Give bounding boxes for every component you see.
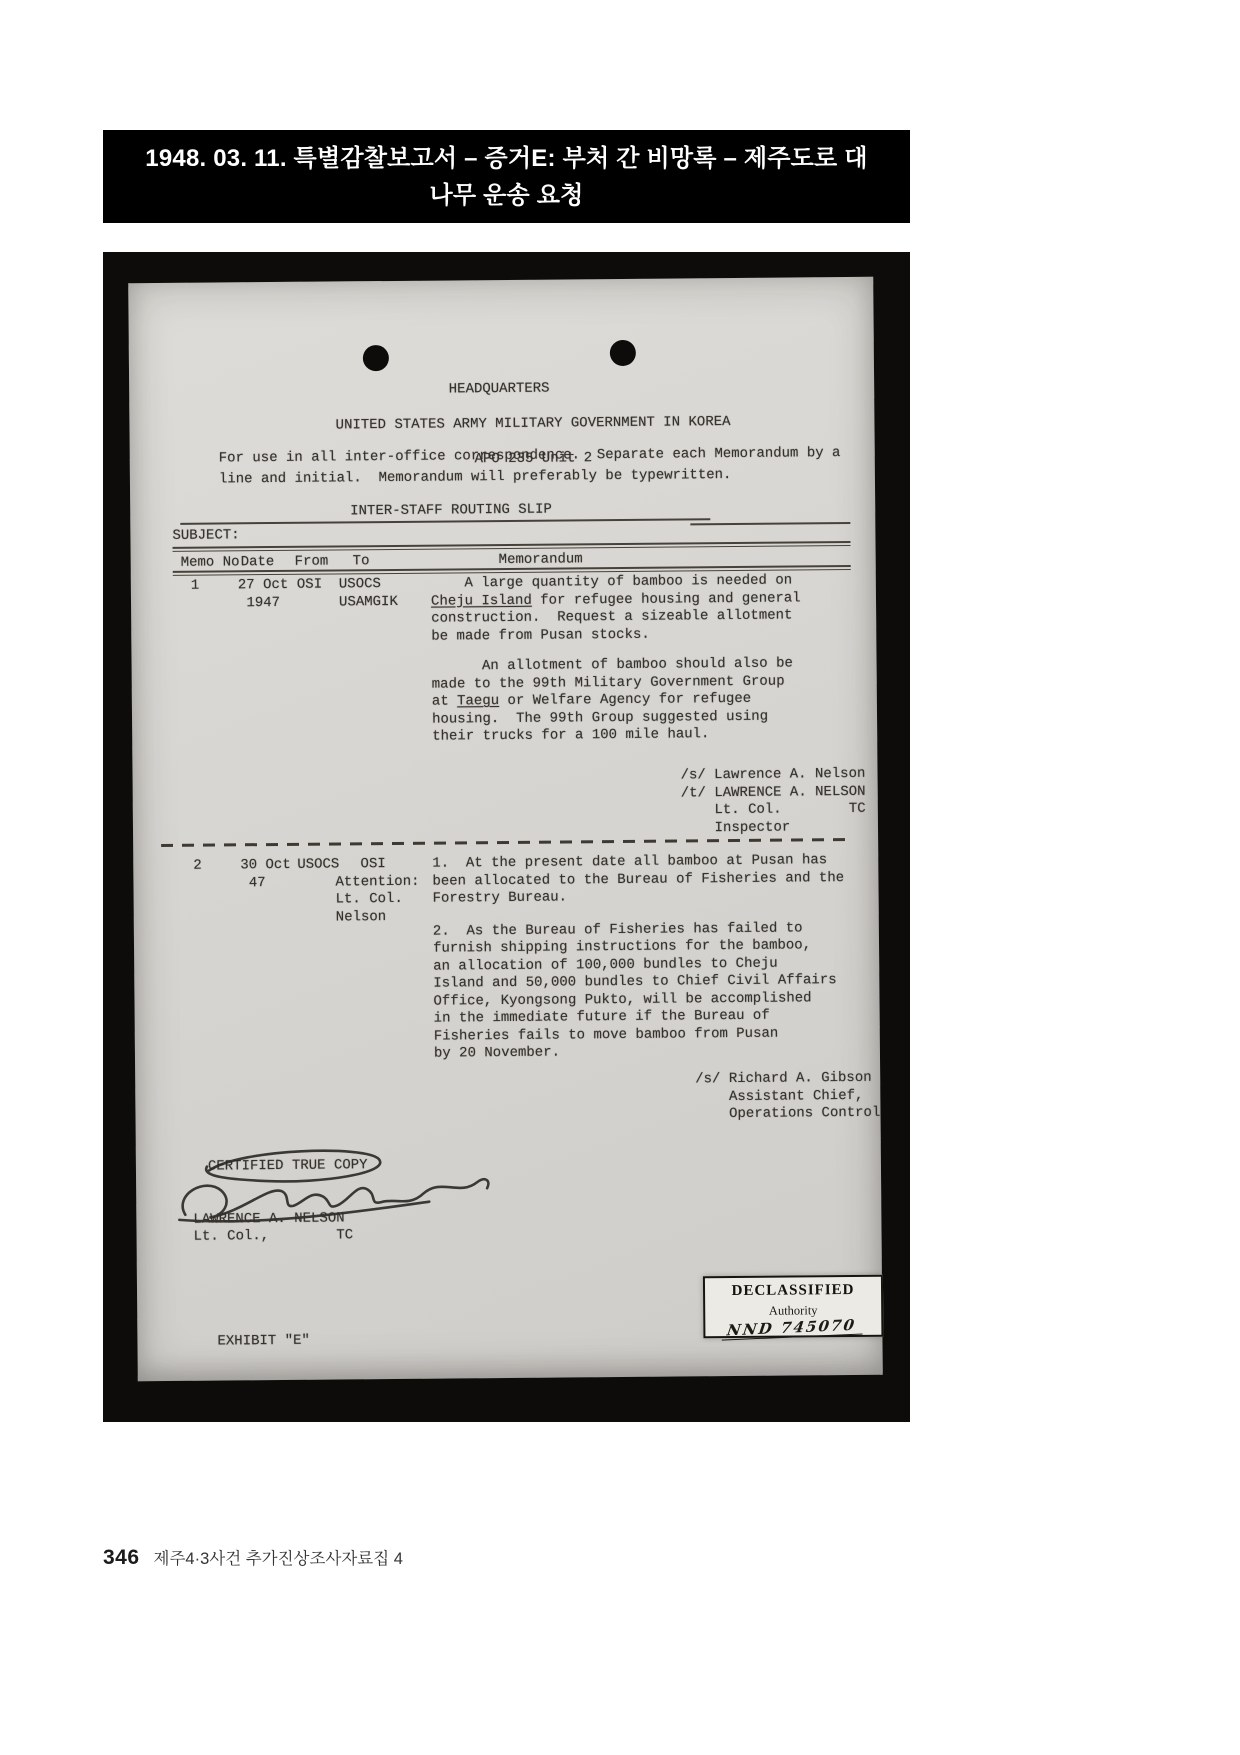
declassified-stamp-title: DECLASSIFIED — [713, 1282, 873, 1300]
declassified-stamp-authority: Authority NND 745070 — [713, 1303, 873, 1338]
scanned-document-frame: HEADQUARTERS UNITED STATES ARMY MILITARY… — [103, 252, 910, 1422]
table-row: 1 27 Oct 1947 OSI USOCS USAMGIK A large … — [128, 277, 873, 284]
row1-date: 27 Oct 1947 — [238, 577, 289, 612]
page-title: 1948. 03. 11. 특별감찰보고서 – 증거E: 부처 간 비망록 – … — [103, 130, 910, 223]
certifier-name: LAWRENCE A. NELSON — [193, 1210, 344, 1229]
declassified-stamp: DECLASSIFIED Authority NND 745070 — [703, 1275, 884, 1339]
row1-memo-paragraph2: An allotment of bamboo should also be ma… — [432, 655, 849, 746]
row2-from: USOCS — [297, 856, 339, 874]
memo-separator-dashed-line — [161, 838, 853, 847]
col-header-to: To — [353, 553, 370, 571]
row1-memorandum: A large quantity of bamboo is needed on … — [431, 572, 848, 746]
rule-under-title-right — [690, 522, 850, 525]
punch-hole-left — [363, 345, 389, 371]
book-title: 제주4·3사건 추가진상조사자료집 4 — [154, 1545, 403, 1569]
subject-label: SUBJECT: — [172, 527, 239, 545]
row1-signature-block: /s/ Lawrence A. Nelson /t/ LAWRENCE A. N… — [680, 766, 865, 838]
declassified-authority-number: NND 745070 — [722, 1315, 866, 1340]
underlined-taegu: Taegu — [457, 693, 499, 709]
row1-from: OSI — [297, 577, 322, 595]
row2-date: 30 Oct 47 — [240, 857, 291, 892]
row2-to: OSI Attention: Lt. Col. Nelson — [335, 856, 420, 927]
letterhead-line2: UNITED STATES ARMY MILITARY GOVERNMENT I… — [336, 414, 731, 433]
underlined-cheju-island: Cheju Island — [431, 592, 532, 609]
letterhead-line1: HEADQUARTERS — [449, 381, 550, 398]
row1-memo-no: 1 — [191, 578, 200, 596]
form-instructions: For use in all inter-office corresponden… — [219, 443, 864, 491]
book-page: 1948. 03. 11. 특별감찰보고서 – 증거E: 부처 간 비망록 – … — [0, 0, 1240, 1755]
table-row: 2 30 Oct 47 USOCS OSI Attention: Lt. Col… — [128, 277, 873, 284]
row2-signature-block: /s/ Richard A. Gibson Assistant Chief, O… — [695, 1070, 880, 1124]
certifier-rank: Lt. Col., TC — [193, 1227, 353, 1246]
page-number: 346 — [103, 1546, 140, 1570]
punch-hole-right — [610, 340, 636, 366]
row2-memo-no: 2 — [193, 858, 202, 876]
page-title-line1: 1948. 03. 11. 특별감찰보고서 – 증거E: 부처 간 비망록 – … — [145, 140, 867, 177]
page-title-line2: 나무 운송 요청 — [429, 177, 583, 214]
exhibit-label: EXHIBIT "E" — [217, 1333, 310, 1351]
row2-memo-paragraph2: 2. As the Bureau of Fisheries has failed… — [433, 920, 850, 1064]
book-footer: 346 제주4·3사건 추가진상조사자료집 4 — [103, 1545, 403, 1570]
row2-memorandum: 1. At the present date all bamboo at Pus… — [432, 852, 850, 1063]
row2-memo-paragraph1: 1. At the present date all bamboo at Pus… — [432, 852, 848, 908]
document-paper: HEADQUARTERS UNITED STATES ARMY MILITARY… — [128, 277, 883, 1381]
row1-to: USOCS USAMGIK — [339, 576, 398, 612]
row1-memo-paragraph1: A large quantity of bamboo is needed on … — [431, 572, 848, 646]
form-title: INTER-STAFF ROUTING SLIP — [350, 502, 552, 521]
